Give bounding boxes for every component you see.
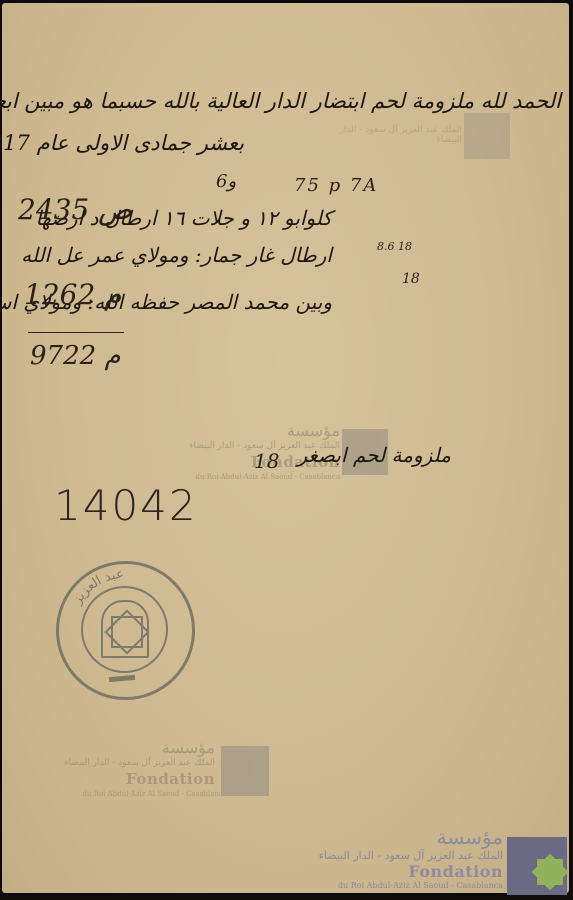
watermark-text-block: مؤسسة الملك عبد العزيز آل سعود - الدار ا…: [319, 825, 503, 890]
watermark-arabic-title: مؤسسة: [162, 738, 215, 757]
watermark-arabic-subtitle: الملك عبد العزيز آل سعود - الدار البيضاء: [332, 125, 462, 145]
foundation-logo-icon: [464, 113, 510, 159]
watermark-french-subtitle: du Roi Abdul-Aziz Al Saoud - Casablanca: [319, 881, 503, 890]
seal-inner-ring: [81, 586, 168, 673]
watermark-french-title: Fondation: [126, 770, 215, 788]
manuscript-line-2-date: بعشر جمادى الاولى عام 1317: [0, 131, 244, 155]
watermark-lower-left: مؤسسة الملك عبد العزيز آل سعود - الدار ا…: [60, 738, 275, 810]
foundation-logo-icon: [221, 746, 269, 796]
watermark-arabic-subtitle: الملك عبد العزيز آل سعود - الدار البيضاء: [319, 849, 503, 862]
watermark-french-subtitle: du Roi Abdul-Aziz Al Saoud - Casablanca: [83, 790, 227, 798]
annotation-near-signature: 18: [254, 449, 279, 473]
annotation-above-line3: 6و: [216, 171, 236, 192]
watermark-french-subtitle: du Roi Abdul-Aziz Al Saoud - Casablanca: [196, 473, 340, 481]
annotation-above-line5: 18: [402, 271, 420, 287]
star-icon-overlay: [537, 859, 563, 885]
watermark-bottom-right: مؤسسة الملك عبد العزيز آل سعود - الدار ا…: [310, 825, 573, 900]
seal-star-icon-overlay: [111, 616, 143, 648]
annotation-above-line4: 8.6 18: [377, 240, 412, 253]
margin-fraction-denominator: 9722 م: [30, 341, 121, 371]
document-page: الحمد لله ملزومة لحم ابتضار الدار العالي…: [2, 3, 569, 893]
watermark-arabic-title: مؤسسة: [319, 825, 503, 849]
seal-arch: [101, 600, 149, 658]
margin-fraction-numerator: 1262 م: [24, 278, 122, 311]
watermark-upper: الملك عبد العزيز آل سعود - الدار البيضاء: [332, 113, 512, 173]
manuscript-line-3: كلوابو ١٢ و جلات ١٦ ارطال د ارضها: [36, 206, 332, 230]
manuscript-line-4: ارطال غار جمار: ومولاي عمر عل الله: [21, 243, 332, 267]
watermark-arabic-subtitle: الملك عبد العزيز آل سعود - الدار البيضاء: [64, 758, 215, 768]
seal-stamp: عبد العزيز: [56, 561, 195, 700]
manuscript-line-1: الحمد لله ملزومة لحم ابتضار الدار العالي…: [0, 89, 561, 113]
foundation-logo-icon: [507, 837, 567, 895]
fraction-divider: [28, 332, 124, 333]
annotation-top-numbers: 75 p 7A: [294, 175, 378, 196]
watermark-french-title: Fondation: [319, 862, 503, 881]
watermark-arabic-title: مؤسسة: [287, 421, 340, 440]
archive-number: 14042: [54, 481, 198, 530]
manuscript-line-6-signature: ملزومة لحم ابصغر: [297, 443, 451, 467]
